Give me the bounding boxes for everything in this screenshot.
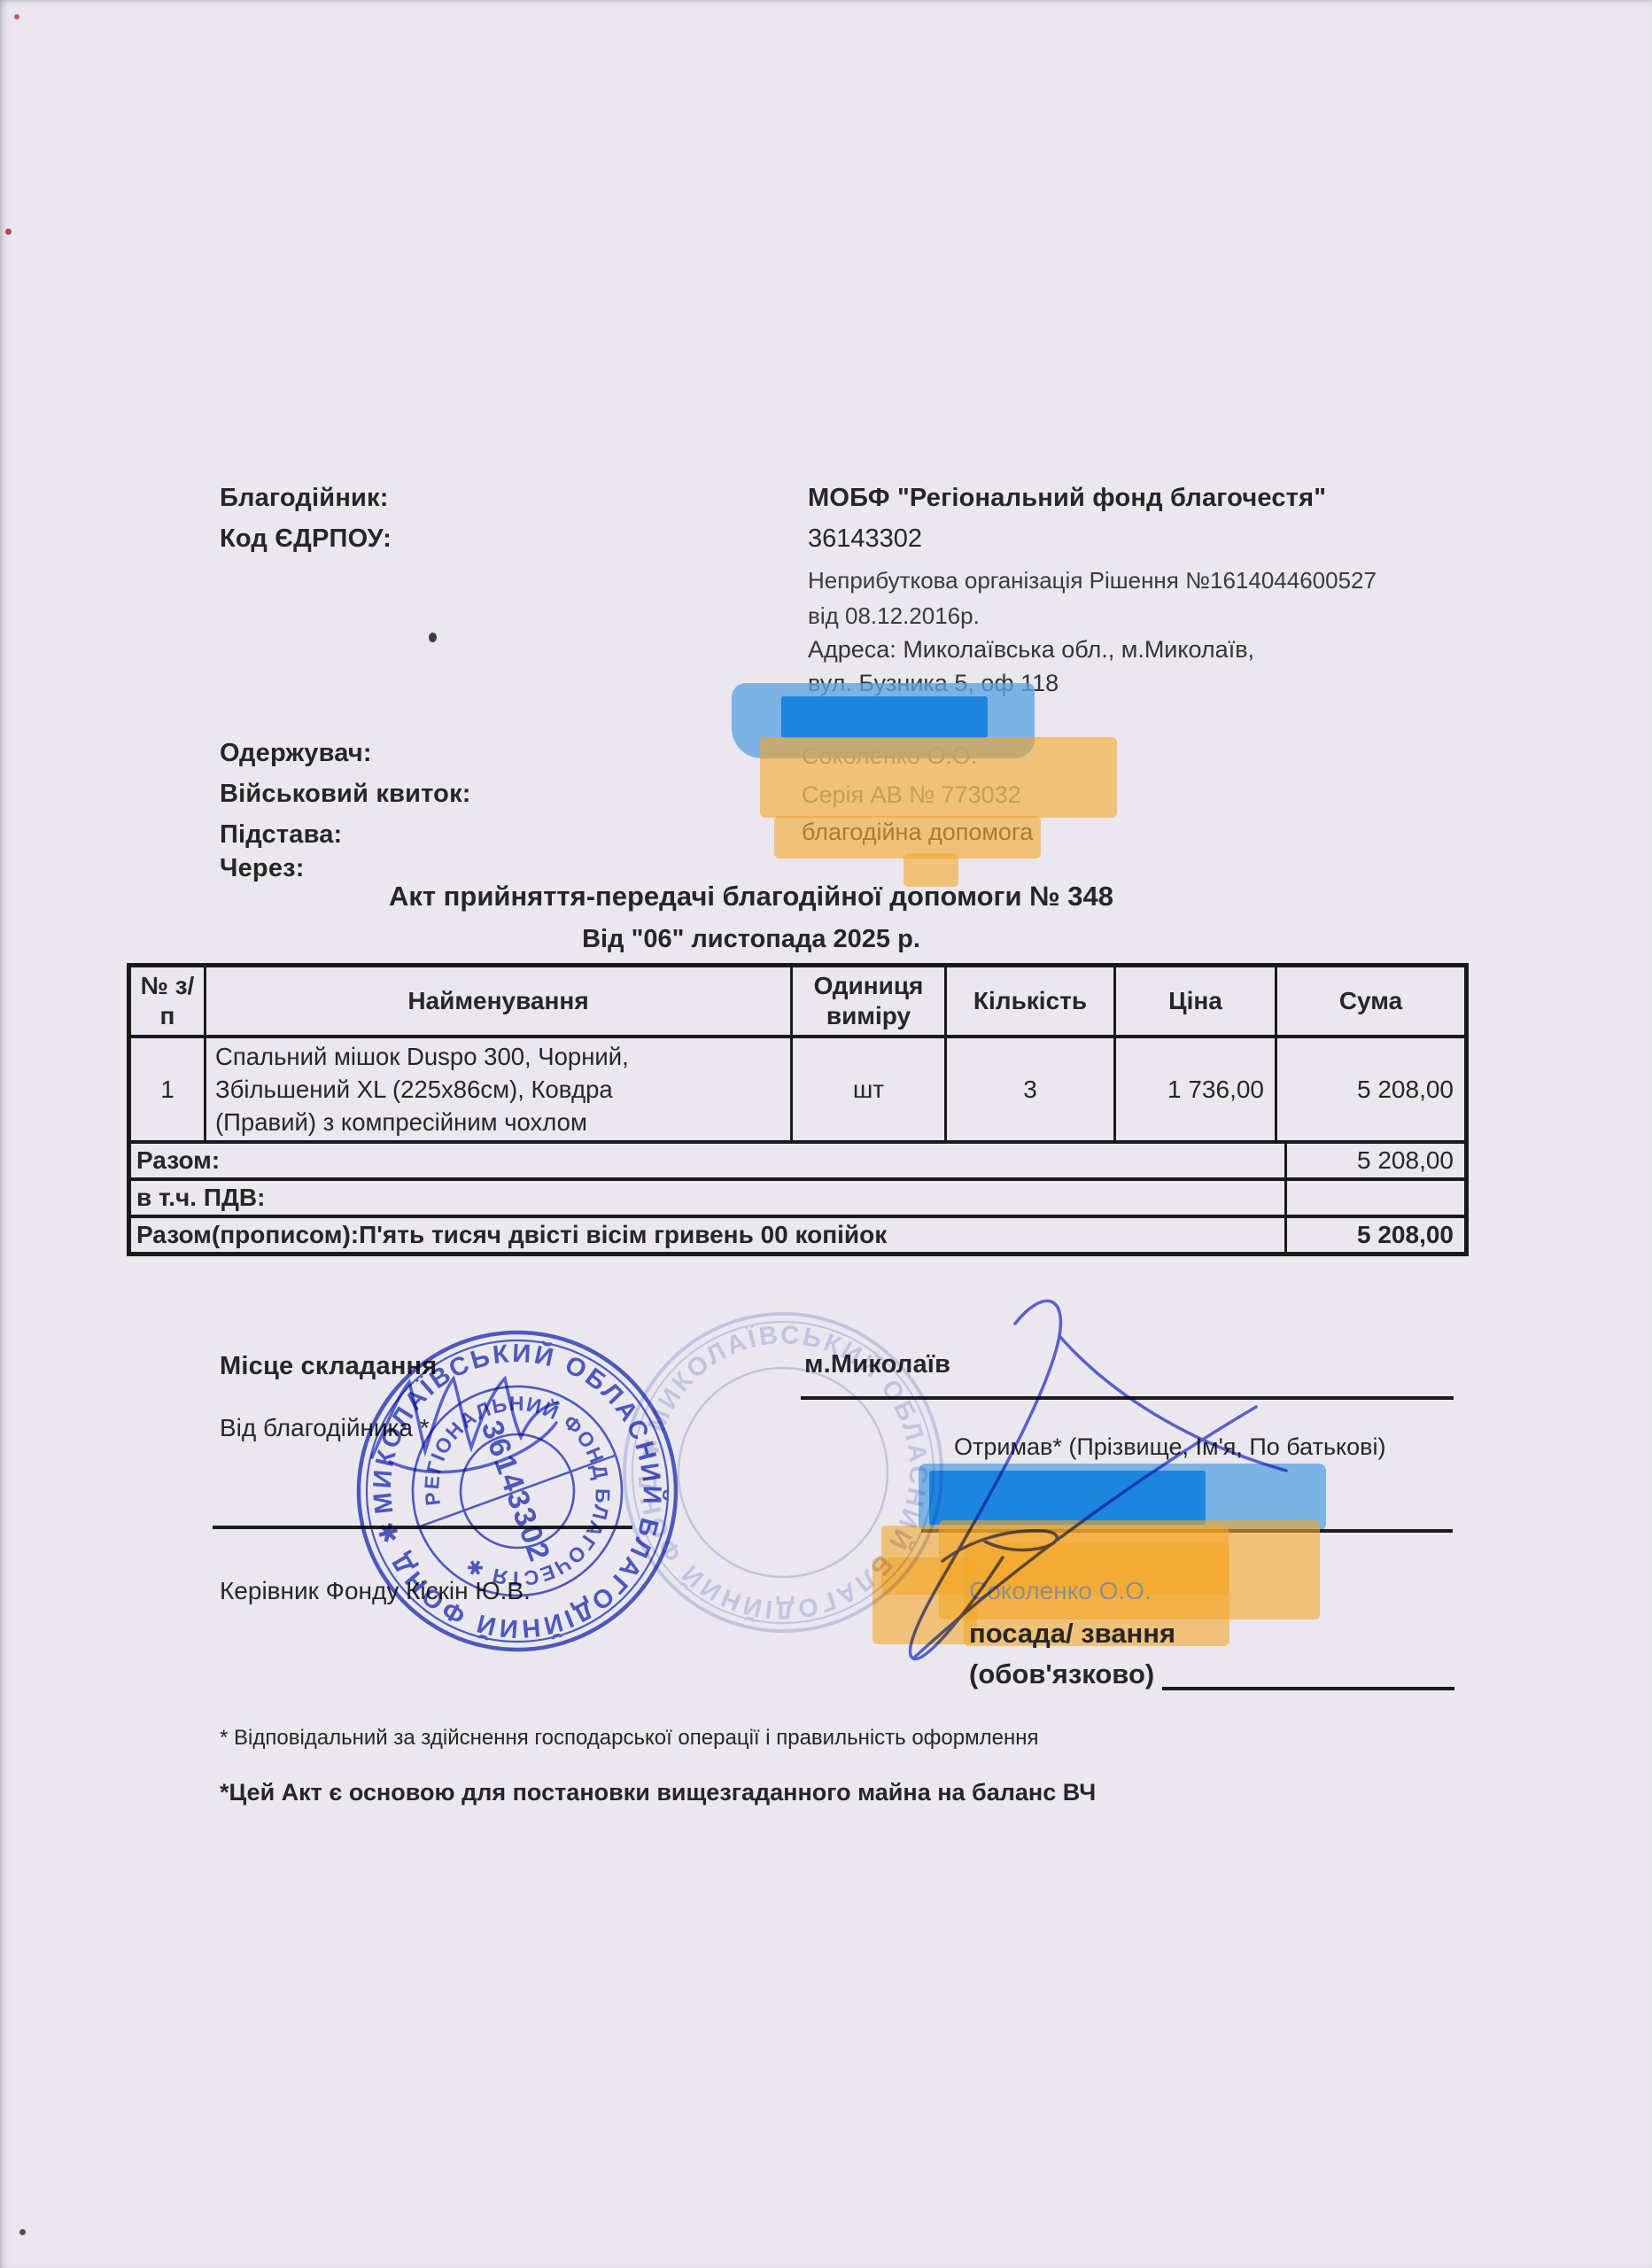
edrpou-value: 36143302 [808,524,922,554]
nonprofit-date-line: від 08.12.2016р. [808,602,980,630]
mandatory-underline [1162,1687,1454,1690]
balance-note: *Цей Акт є основою для постановки вищезг… [220,1779,1096,1806]
vat-value [1287,1181,1464,1215]
item-price: 1 736,00 [1116,1038,1277,1140]
total-words-value: 5 208,00 [1287,1218,1464,1252]
table-row: 1 Спальний мішок Duspo 300, Чорний, Збіл… [131,1038,1464,1144]
col-header-name: Найменування [206,967,793,1035]
item-name: Спальний мішок Duspo 300, Чорний, Збільш… [206,1038,793,1140]
basis-label: Підстава: [220,820,342,850]
redaction-orange-top-1 [760,737,1117,818]
vat-row: в т.ч. ПДВ: [131,1181,1464,1218]
footnote: * Відповідальний за здійснення господарс… [220,1726,1038,1751]
nonprofit-decision-line: Неприбуткова організація Рішення №161404… [808,567,1377,594]
benefactor-name: МОБФ "Регіональний фонд благочестя" [808,484,1326,513]
total-label: Разом: [131,1144,1287,1177]
scan-speck [5,229,12,235]
item-unit: шт [793,1038,947,1140]
scanned-document: Благодійник: МОБФ "Регіональний фонд бла… [0,0,1652,2268]
act-title: Акт прийняття-передачі благодійної допом… [129,881,1373,913]
scan-speck [429,633,437,642]
benefactor-label: Благодійник: [220,484,389,513]
item-sum: 5 208,00 [1277,1038,1464,1140]
table-header-row: № з/п Найменування Одиниця виміру Кількі… [131,967,1464,1038]
item-num: 1 [131,1038,206,1140]
scan-speck [14,14,19,19]
act-date-line: Від "06" листопада 2025 р. [129,925,1373,954]
col-header-unit: Одиниця виміру [793,967,947,1035]
col-header-num: № з/п [131,967,206,1035]
items-table: № з/п Найменування Одиниця виміру Кількі… [127,963,1469,1256]
military-id-label: Військовий квиток: [220,780,471,809]
edrpou-label: Код ЄДРПОУ: [220,524,392,554]
fund-round-stamp: МИКОЛАЇВСЬКИЙ ОБЛАСНИЙ БЛАГОДІЙНИЙ ФОНД … [312,1285,722,1696]
redaction-blue-bottom [929,1471,1206,1525]
col-header-qty: Кількість [947,967,1116,1035]
received-label: Отримав* (Прізвище, Ім'я, По батькові) [954,1433,1385,1461]
recipient-label: Одержувач: [220,739,372,768]
redaction-orange-top-2 [774,816,1041,858]
scan-speck [19,2229,26,2235]
mandatory-label: (обов'язково) [969,1658,1154,1690]
total-value: 5 208,00 [1287,1144,1464,1177]
item-qty: 3 [947,1038,1116,1140]
total-words-label: Разом(прописом):П'ять тисяч двісті вісім… [131,1218,1287,1252]
col-header-sum: Сума [1277,967,1464,1035]
position-label: посада/ звання [969,1618,1175,1650]
address-line-1: Адреса: Миколаївська обл., м.Миколаїв, [808,636,1254,664]
stamp-center-number: 36143302 [475,1417,557,1567]
col-header-price: Ціна [1116,967,1277,1035]
total-row: Разом: 5 208,00 [131,1144,1464,1181]
vat-label: в т.ч. ПДВ: [131,1181,1287,1215]
redaction-blue-top [781,696,988,738]
recipient-signed-name: Соколенко О.О. [969,1577,1152,1605]
total-words-row: Разом(прописом):П'ять тисяч двісті вісім… [131,1218,1464,1252]
item-name-text: Спальний мішок Duspo 300, Чорний, Збільш… [212,1040,663,1138]
via-label: Через: [220,854,305,883]
